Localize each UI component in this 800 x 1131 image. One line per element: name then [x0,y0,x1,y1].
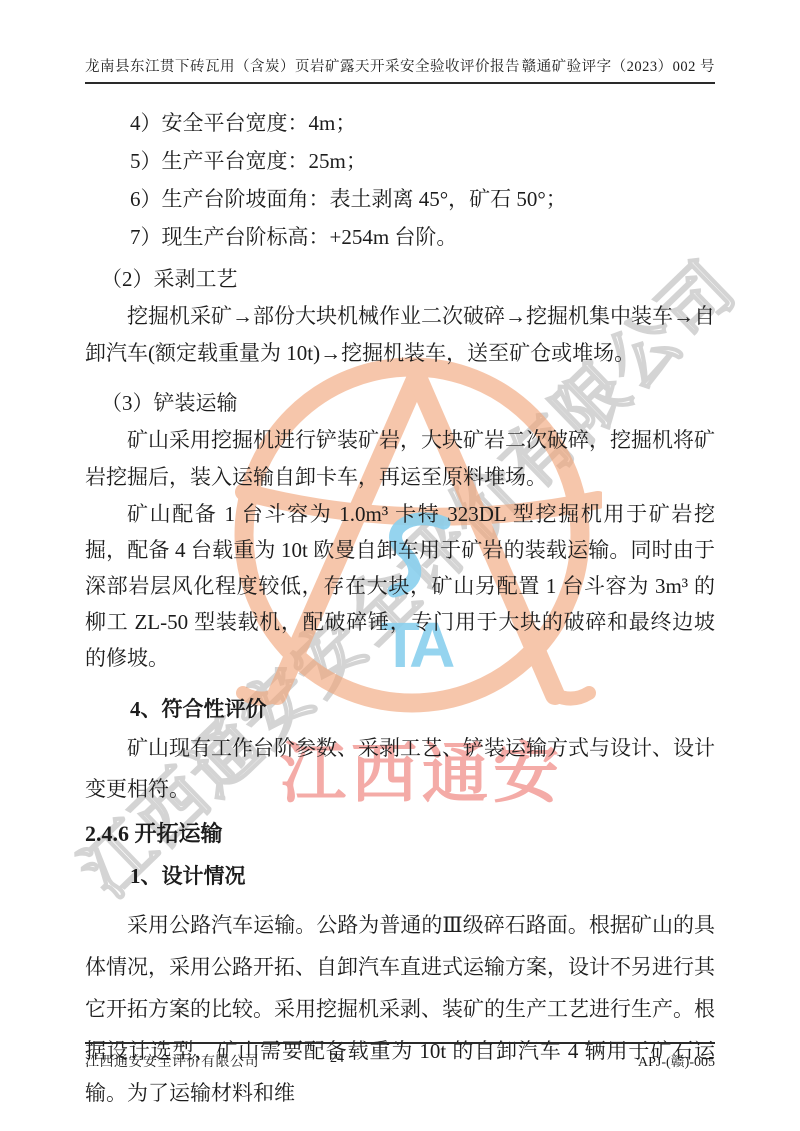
section-3-paragraph-1: 矿山采用挖掘机进行铲装矿岩，大块矿岩二次破碎，挖掘机将矿岩挖掘后，装入运输自卸卡… [85,422,715,496]
footer-page-number: 24 [330,1051,344,1067]
list-item-4: 4）安全平台宽度：4m； [85,104,715,142]
document-body: 4）安全平台宽度：4m； 5）生产平台宽度：25m； 6）生产台阶坡面角：表土剥… [85,100,715,1114]
footer-company: 江西通安安全评价有限公司 [85,1051,259,1071]
page-footer: 江西通安安全评价有限公司 24 APJ-(赣)-005 [85,1042,715,1074]
list-item-6: 6）生产台阶坡面角：表土剥离 45°，矿石 50°； [85,180,715,218]
header-report-title: 龙南县东江贯下砖瓦用（含炭）页岩矿露天开采安全验收评价报告 [85,55,520,76]
section-3-heading: （3）铲装运输 [85,385,715,422]
document-page: 江西通安安全评价有限公司 TA 江西通安 龙南县东江贯下砖瓦用（含炭）页岩矿露天… [0,0,800,1131]
section-4-paragraph: 矿山现有工作台阶参数、采剥工艺、铲装运输方式与设计、设计变更相符。 [85,728,715,810]
list-item-7: 7）现生产台阶标高：+254m 台阶。 [85,218,715,256]
list-item-5: 5）生产平台宽度：25m； [85,142,715,180]
section-246-heading: 2.4.6 开拓运输 [85,812,715,855]
footer-doc-code: APJ-(赣)-005 [638,1051,715,1071]
section-4-heading: 4、符合性评价 [85,690,715,728]
design-heading: 1、设计情况 [85,855,715,898]
design-paragraph: 采用公路汽车运输。公路为普通的Ⅲ级碎石路面。根据矿山的具体情况，采用公路开拓、自… [85,904,715,1114]
page-header: 龙南县东江贯下砖瓦用（含炭）页岩矿露天开采安全验收评价报告 赣通矿验评字（202… [85,55,715,84]
section-3-paragraph-2: 矿山配备 1 台斗容为 1.0m³ 卡特 323DL 型挖掘机用于矿岩挖掘，配备… [85,496,715,676]
section-2-paragraph: 挖掘机采矿→部份大块机械作业二次破碎→挖掘机集中装车→自卸汽车(额定载重量为 1… [85,298,715,372]
section-2-heading: （2）采剥工艺 [85,261,715,298]
header-doc-number: 赣通矿验评字（2023）002 号 [522,55,715,76]
